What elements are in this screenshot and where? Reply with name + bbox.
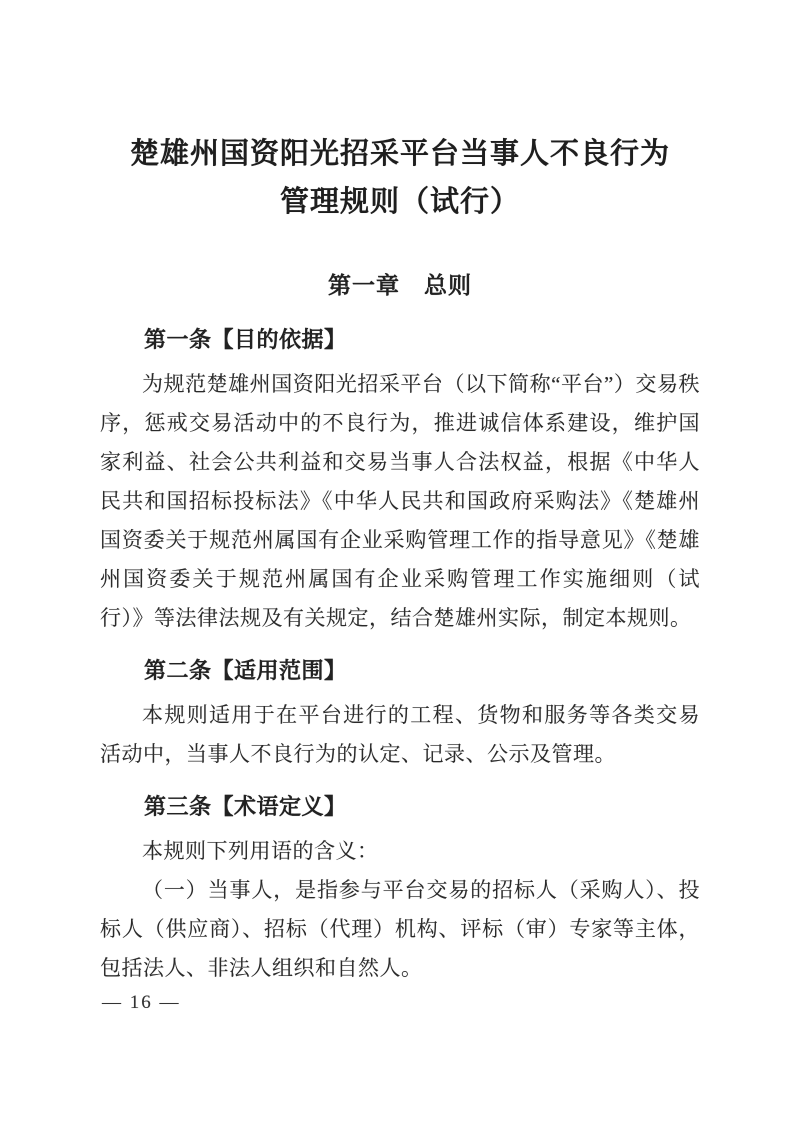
document-page: 楚雄州国资阳光招采平台当事人不良行为 管理规则（试行） 第一章 总则 第一条【目…	[0, 0, 800, 1129]
document-title-line1: 楚雄州国资阳光招采平台当事人不良行为	[130, 138, 670, 170]
article-1-heading: 第一条【目的依据】	[100, 321, 700, 359]
chapter-heading: 第一章 总则	[100, 270, 700, 301]
article-2-heading: 第二条【适用范围】	[100, 652, 700, 690]
document-title-line2: 管理规则（试行）	[280, 186, 520, 218]
article-3-intro: 本规则下列用语的含义：	[100, 832, 700, 871]
document-content: 楚雄州国资阳光招采平台当事人不良行为 管理规则（试行） 第一章 总则 第一条【目…	[0, 0, 800, 988]
page-number: — 16 —	[102, 988, 181, 1018]
article-3-heading: 第三条【术语定义】	[100, 788, 700, 826]
article-3-item-1: （一）当事人，是指参与平台交易的招标人（采购人）、投标人（供应商）、招标（代理）…	[100, 871, 700, 988]
document-title: 楚雄州国资阳光招采平台当事人不良行为 管理规则（试行）	[100, 130, 700, 226]
article-1-body: 为规范楚雄州国资阳光招采平台（以下简称“平台”）交易秩序，惩戒交易活动中的不良行…	[100, 365, 700, 638]
article-2-body: 本规则适用于在平台进行的工程、货物和服务等各类交易活动中，当事人不良行为的认定、…	[100, 696, 700, 774]
